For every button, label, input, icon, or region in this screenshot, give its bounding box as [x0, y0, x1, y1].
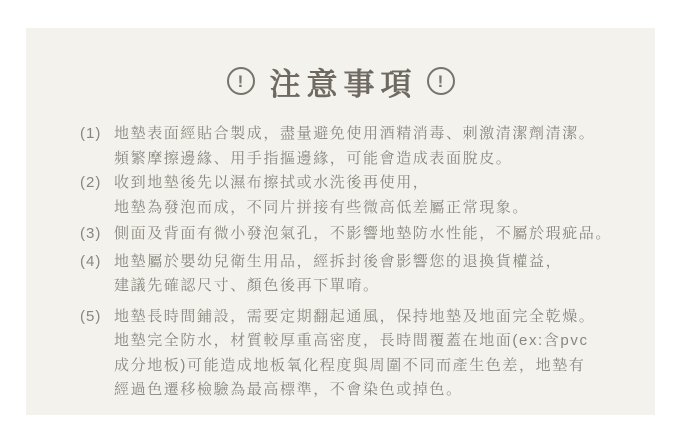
item-text-line: 地墊屬於嬰幼兒衛生用品，經拆封後會影響您的退換貨權益，	[114, 250, 562, 275]
item-text-line: 地墊表面經貼合製成，盡量避免使用酒精消毒、刺激清潔劑清潔。	[114, 122, 595, 147]
item-text-line: 經過色遷移檢驗為最高標準，不會染色或掉色。	[114, 378, 595, 403]
item-number: (2)	[80, 171, 114, 196]
notice-list: (1) 地墊表面經貼合製成，盡量避免使用酒精消毒、刺激清潔劑清潔。頻繁摩擦邊緣、…	[26, 122, 655, 403]
notice-item: (3) 側面及背面有微小發泡氣孔，不影響地墊防水性能，不屬於瑕疵品。	[80, 222, 655, 247]
title-row: ! 注意事項 !	[26, 64, 655, 98]
item-number: (3)	[80, 222, 114, 247]
item-text-line: 地墊長時間鋪設，需要定期翻起通風，保持地墊及地面完全乾燥。	[114, 305, 595, 330]
notice-item: (5) 地墊長時間鋪設，需要定期翻起通風，保持地墊及地面完全乾燥。地墊完全防水，…	[80, 305, 655, 403]
item-number: (5)	[80, 305, 114, 330]
item-text: 地墊表面經貼合製成，盡量避免使用酒精消毒、刺激清潔劑清潔。頻繁摩擦邊緣、用手指摳…	[114, 122, 595, 171]
item-text-line: 地墊為發泡而成，不同片拼接有些微高低差屬正常現象。	[114, 196, 529, 221]
item-text-line: 建議先確認尺寸、顏色後再下單唷。	[114, 274, 562, 299]
notice-item: (1) 地墊表面經貼合製成，盡量避免使用酒精消毒、刺激清潔劑清潔。頻繁摩擦邊緣、…	[80, 122, 655, 171]
page-title: 注意事項	[270, 59, 418, 104]
notice-item: (4) 地墊屬於嬰幼兒衛生用品，經拆封後會影響您的退換貨權益，建議先確認尺寸、顏…	[80, 250, 655, 299]
notice-panel: ! 注意事項 ! (1) 地墊表面經貼合製成，盡量避免使用酒精消毒、刺激清潔劑清…	[26, 28, 655, 415]
notice-page: ! 注意事項 ! (1) 地墊表面經貼合製成，盡量避免使用酒精消毒、刺激清潔劑清…	[0, 0, 680, 446]
item-number: (1)	[80, 122, 114, 147]
item-text-line: 收到地墊後先以濕布擦拭或水洗後再使用，	[114, 171, 529, 196]
item-text: 地墊屬於嬰幼兒衛生用品，經拆封後會影響您的退換貨權益，建議先確認尺寸、顏色後再下…	[114, 250, 562, 299]
item-text-line: 側面及背面有微小發泡氣孔，不影響地墊防水性能，不屬於瑕疵品。	[114, 222, 612, 247]
exclamation-circle-icon-right: !	[427, 67, 455, 95]
item-text-line: 頻繁摩擦邊緣、用手指摳邊緣，可能會造成表面脫皮。	[114, 147, 595, 172]
notice-item: (2) 收到地墊後先以濕布擦拭或水洗後再使用，地墊為發泡而成，不同片拼接有些微高…	[80, 171, 655, 220]
item-text: 收到地墊後先以濕布擦拭或水洗後再使用，地墊為發泡而成，不同片拼接有些微高低差屬正…	[114, 171, 529, 220]
item-text-line: 地墊完全防水，材質較厚重高密度，長時間覆蓋在地面(ex:含pvc	[114, 329, 595, 354]
item-number: (4)	[80, 250, 114, 275]
exclamation-circle-icon-left: !	[227, 67, 255, 95]
item-text-line: 成分地板)可能造成地板氧化程度與周圍不同而產生色差，地墊有	[114, 354, 595, 379]
item-text: 側面及背面有微小發泡氣孔，不影響地墊防水性能，不屬於瑕疵品。	[114, 222, 612, 247]
item-text: 地墊長時間鋪設，需要定期翻起通風，保持地墊及地面完全乾燥。地墊完全防水，材質較厚…	[114, 305, 595, 403]
